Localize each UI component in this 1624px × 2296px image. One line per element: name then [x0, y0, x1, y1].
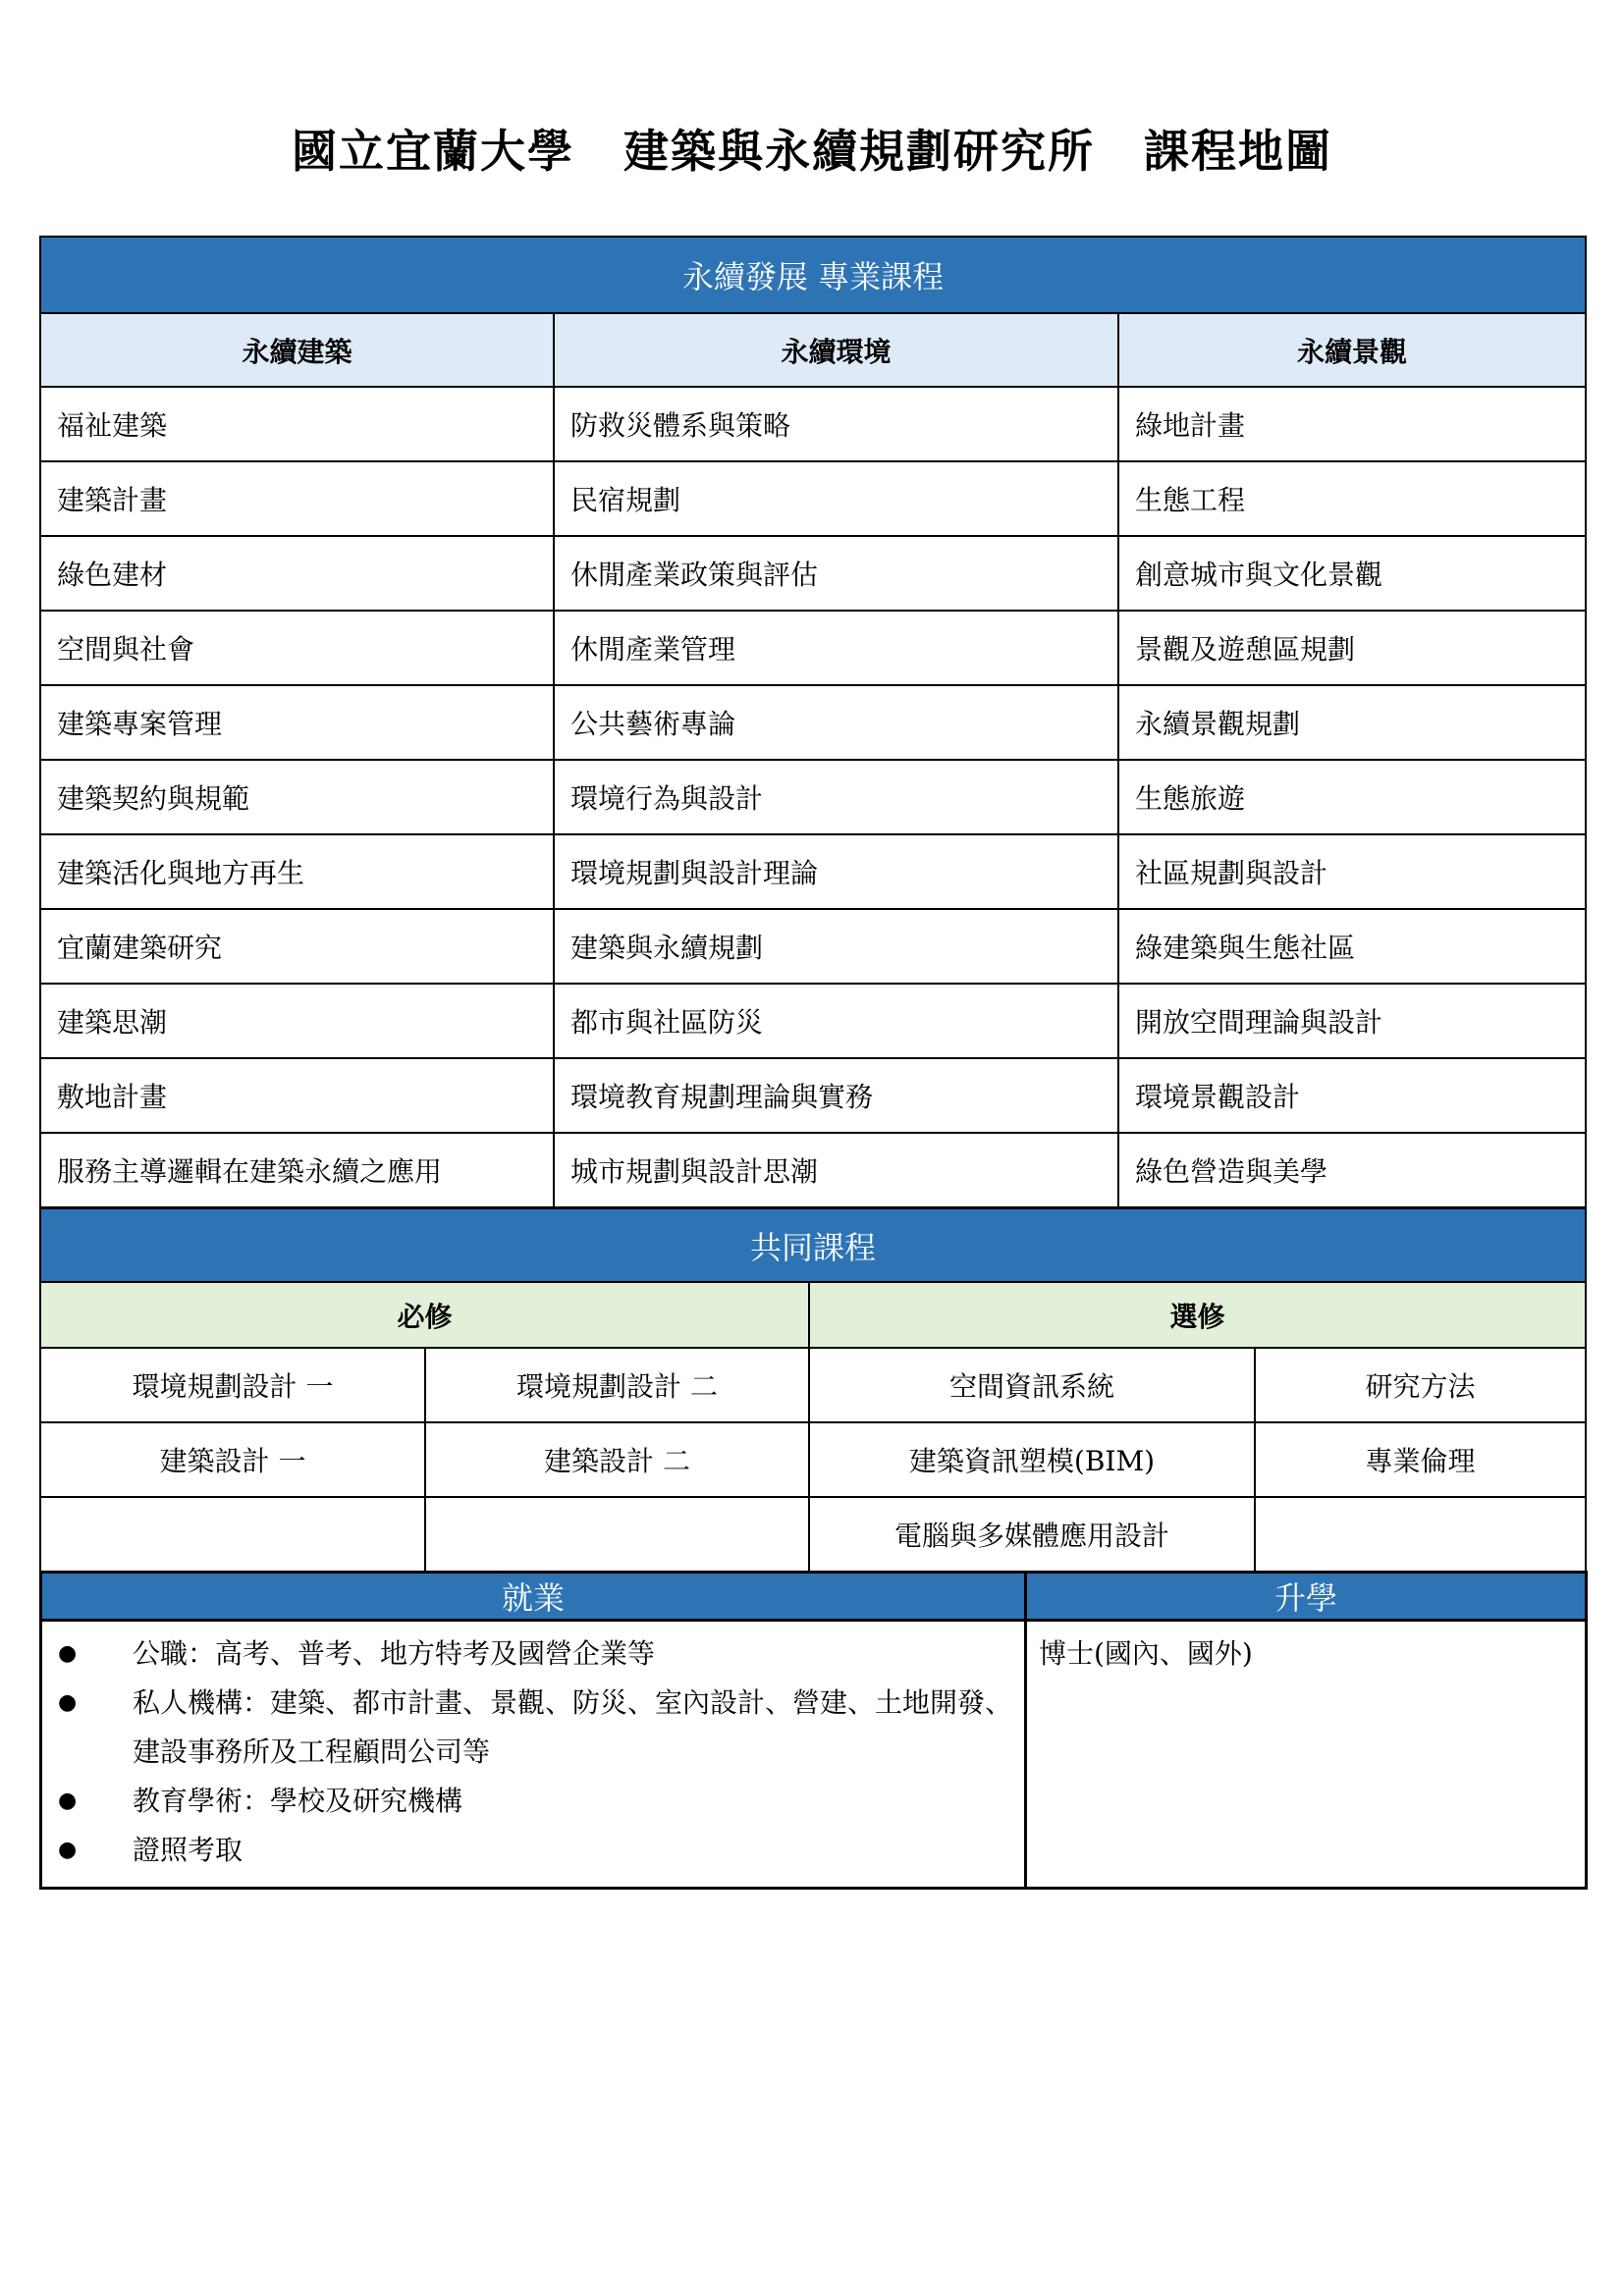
column-header-sustainable-environment: 永續環境 [554, 313, 1118, 387]
course-cell: 公共藝術專論 [554, 685, 1118, 760]
course-cell: 生態工程 [1118, 461, 1586, 536]
further-study-item: 博士(國內、國外) [1039, 1629, 1573, 1679]
career-outcomes-table: 就業 升學 ●公職：高考、普考、地方特考及國營企業等●私人機構：建築、都市計畫、… [39, 1571, 1588, 1890]
elective-header: 選修 [809, 1282, 1586, 1348]
course-cell: 建築計畫 [40, 461, 554, 536]
course-cell: 綠色建材 [40, 536, 554, 611]
bullet-icon: ● [58, 1629, 77, 1679]
required-course-cell [425, 1497, 809, 1572]
course-cell: 建築思潮 [40, 984, 554, 1058]
table-row: 建築專案管理公共藝術專論永續景觀規劃 [40, 685, 1586, 760]
required-course-cell: 建築設計 二 [425, 1422, 809, 1497]
table-row: 綠色建材休閒產業政策與評估創意城市與文化景觀 [40, 536, 1586, 611]
course-cell: 空間與社會 [40, 611, 554, 685]
table-row: 建築契約與規範環境行為與設計生態旅遊 [40, 760, 1586, 834]
title-university: 國立宜蘭大學 [292, 125, 574, 178]
bullet-icon: ● [58, 1777, 77, 1826]
course-cell: 休閒產業政策與評估 [554, 536, 1118, 611]
course-cell: 永續景觀規劃 [1118, 685, 1586, 760]
list-item: ●公職：高考、普考、地方特考及國營企業等 [54, 1629, 1014, 1679]
required-header: 必修 [40, 1282, 809, 1348]
course-cell: 都市與社區防災 [554, 984, 1118, 1058]
professional-course-table: 永續發展 專業課程 永續建築 永續環境 永續景觀 福祉建築防救災體系與策略綠地計… [39, 236, 1587, 1208]
course-cell: 生態旅遊 [1118, 760, 1586, 834]
course-cell: 民宿規劃 [554, 461, 1118, 536]
column-header-sustainable-architecture: 永續建築 [40, 313, 554, 387]
employment-header: 就業 [41, 1573, 1026, 1621]
title-doc: 課程地圖 [1144, 125, 1332, 178]
table-row: 宜蘭建築研究建築與永續規劃綠建築與生態社區 [40, 909, 1586, 984]
required-course-cell: 環境規劃設計 二 [425, 1348, 809, 1422]
table-row: 建築思潮都市與社區防災開放空間理論與設計 [40, 984, 1586, 1058]
course-cell: 敷地計畫 [40, 1058, 554, 1133]
course-cell: 綠地計畫 [1118, 387, 1586, 461]
course-cell: 創意城市與文化景觀 [1118, 536, 1586, 611]
required-course-cell: 環境規劃設計 一 [40, 1348, 425, 1422]
required-course-cell: 建築設計 一 [40, 1422, 425, 1497]
elective-course-cell: 專業倫理 [1255, 1422, 1586, 1497]
table-row: 電腦與多媒體應用設計 [40, 1497, 1586, 1572]
course-cell: 環境行為與設計 [554, 760, 1118, 834]
course-cell: 環境規劃與設計理論 [554, 834, 1118, 909]
bullet-icon: ● [58, 1679, 77, 1728]
table-row: 敷地計畫環境教育規劃理論與實務環境景觀設計 [40, 1058, 1586, 1133]
course-cell: 環境景觀設計 [1118, 1058, 1586, 1133]
professional-header: 永續發展 專業課程 [40, 237, 1586, 313]
course-cell: 綠色營造與美學 [1118, 1133, 1586, 1207]
page-title: 國立宜蘭大學建築與永續規劃研究所課程地圖 [0, 116, 1624, 181]
table-row: 環境規劃設計 一環境規劃設計 二空間資訊系統研究方法 [40, 1348, 1586, 1422]
elective-course-cell: 空間資訊系統 [809, 1348, 1255, 1422]
bullet-icon: ● [58, 1826, 77, 1875]
employment-item-text: 私人機構：建築、都市計畫、景觀、防災、室內設計、營建、土地開發、建設事務所及工程… [133, 1686, 1012, 1768]
course-cell: 景觀及遊憩區規劃 [1118, 611, 1586, 685]
course-cell: 綠建築與生態社區 [1118, 909, 1586, 984]
course-cell: 建築與永續規劃 [554, 909, 1118, 984]
employment-item-text: 公職：高考、普考、地方特考及國營企業等 [133, 1637, 655, 1670]
elective-course-cell [1255, 1497, 1586, 1572]
further-study-cell: 博士(國內、國外) [1026, 1621, 1587, 1889]
course-cell: 服務主導邏輯在建築永續之應用 [40, 1133, 554, 1207]
course-cell: 宜蘭建築研究 [40, 909, 554, 984]
course-cell: 開放空間理論與設計 [1118, 984, 1586, 1058]
course-cell: 建築專案管理 [40, 685, 554, 760]
course-cell: 休閒產業管理 [554, 611, 1118, 685]
title-institute: 建築與永續規劃研究所 [623, 125, 1095, 178]
course-cell: 城市規劃與設計思潮 [554, 1133, 1118, 1207]
required-course-cell [40, 1497, 425, 1572]
list-item: ●證照考取 [54, 1826, 1014, 1875]
course-cell: 防救災體系與策略 [554, 387, 1118, 461]
table-row: 服務主導邏輯在建築永續之應用城市規劃與設計思潮綠色營造與美學 [40, 1133, 1586, 1207]
table-row: 福祉建築防救災體系與策略綠地計畫 [40, 387, 1586, 461]
table-row: 建築設計 一建築設計 二建築資訊塑模(BIM)專業倫理 [40, 1422, 1586, 1497]
course-cell: 社區規劃與設計 [1118, 834, 1586, 909]
employment-item-text: 證照考取 [133, 1834, 243, 1866]
common-course-table: 共同課程 必修 選修 環境規劃設計 一環境規劃設計 二空間資訊系統研究方法建築設… [39, 1207, 1587, 1573]
elective-course-cell: 研究方法 [1255, 1348, 1586, 1422]
table-row: 空間與社會休閒產業管理景觀及遊憩區規劃 [40, 611, 1586, 685]
course-cell: 福祉建築 [40, 387, 554, 461]
course-cell: 環境教育規劃理論與實務 [554, 1058, 1118, 1133]
employment-item-text: 教育學術：學校及研究機構 [133, 1785, 462, 1817]
table-row: 建築活化與地方再生環境規劃與設計理論社區規劃與設計 [40, 834, 1586, 909]
further-study-header: 升學 [1026, 1573, 1587, 1621]
elective-course-cell: 電腦與多媒體應用設計 [809, 1497, 1255, 1572]
course-cell: 建築活化與地方再生 [40, 834, 554, 909]
table-row: 建築計畫民宿規劃生態工程 [40, 461, 1586, 536]
list-item: ●教育學術：學校及研究機構 [54, 1777, 1014, 1826]
list-item: ●私人機構：建築、都市計畫、景觀、防災、室內設計、營建、土地開發、建設事務所及工… [54, 1679, 1014, 1777]
common-header: 共同課程 [40, 1208, 1586, 1282]
column-header-sustainable-landscape: 永續景觀 [1118, 313, 1586, 387]
course-cell: 建築契約與規範 [40, 760, 554, 834]
employment-list-cell: ●公職：高考、普考、地方特考及國營企業等●私人機構：建築、都市計畫、景觀、防災、… [41, 1621, 1026, 1889]
elective-course-cell: 建築資訊塑模(BIM) [809, 1422, 1255, 1497]
employment-list: ●公職：高考、普考、地方特考及國營企業等●私人機構：建築、都市計畫、景觀、防災、… [54, 1629, 1014, 1875]
